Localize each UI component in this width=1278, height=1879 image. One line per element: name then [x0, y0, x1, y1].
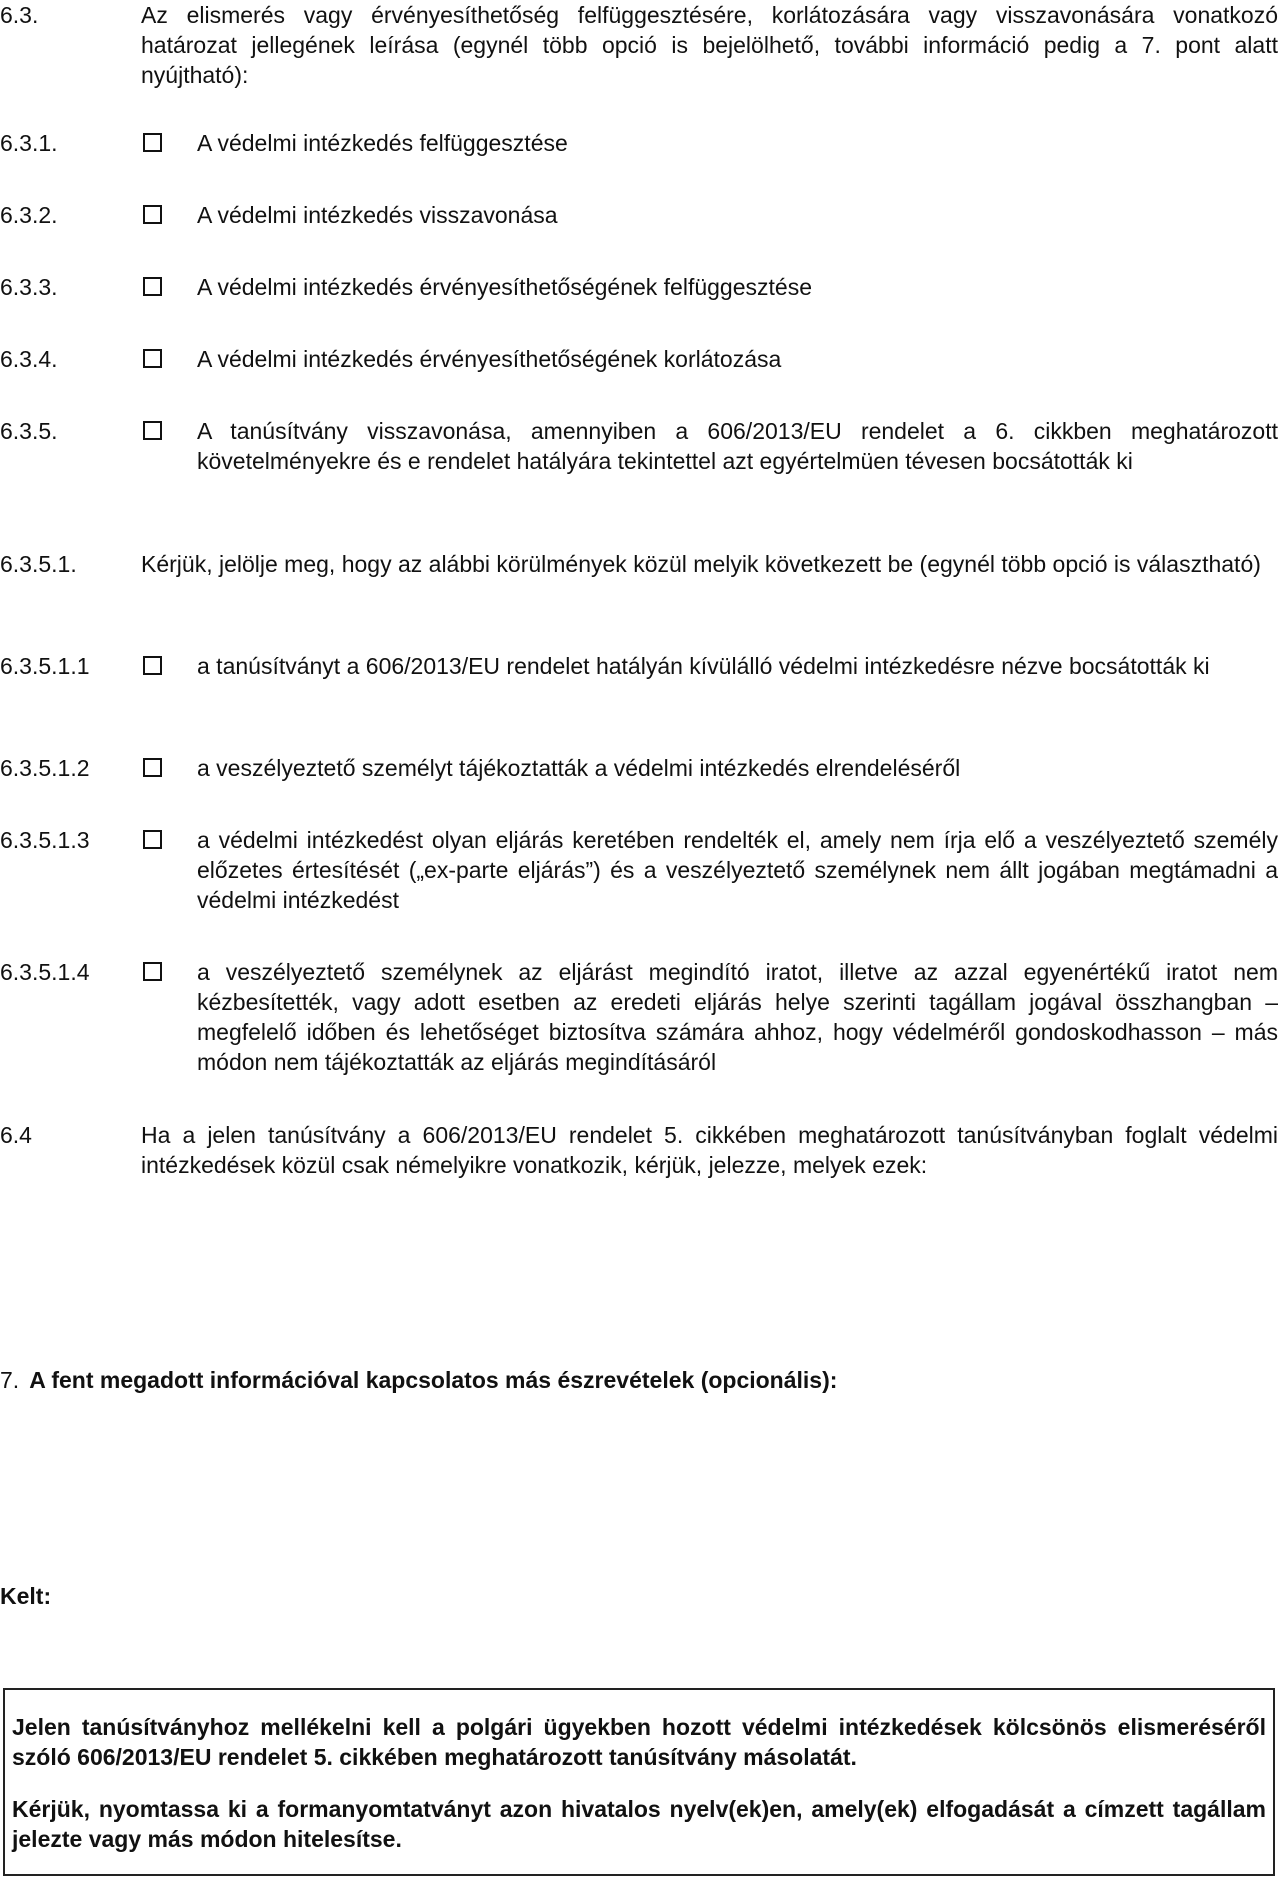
section-number: 7.	[0, 1367, 19, 1393]
option-number: 6.3.2.	[0, 200, 58, 230]
option-label: A védelmi intézkedés érvényesíthetőségén…	[197, 344, 1278, 374]
option-number: 6.3.3.	[0, 272, 58, 302]
kelt-label: Kelt:	[0, 1581, 51, 1611]
checkbox[interactable]	[143, 205, 162, 224]
checkbox[interactable]	[143, 758, 162, 777]
section-number: 6.4	[0, 1120, 32, 1150]
checkbox[interactable]	[143, 656, 162, 675]
section-title: A fent megadott információval kapcsolato…	[29, 1367, 837, 1393]
option-label: a veszélyeztető személynek az eljárást m…	[197, 957, 1278, 1077]
section-text: Az elismerés vagy érvényesíthetőség felf…	[141, 0, 1278, 90]
option-number: 6.3.1.	[0, 128, 58, 158]
option-label: a veszélyeztető személyt tájékoztatták a…	[197, 753, 1278, 783]
kelt-field[interactable]	[70, 1578, 670, 1612]
option-number: 6.3.4.	[0, 344, 58, 374]
option-number: 6.3.5.1.4	[0, 957, 90, 987]
section-7-answer-area[interactable]	[0, 1405, 1278, 1565]
option-label: a védelmi intézkedést olyan eljárás kere…	[197, 825, 1278, 915]
option-number: 6.3.5.	[0, 416, 58, 446]
option-label: A védelmi intézkedés felfüggesztése	[197, 128, 1278, 158]
checkbox[interactable]	[143, 421, 162, 440]
section-text: Kérjük, jelölje meg, hogy az alábbi körü…	[141, 549, 1278, 579]
option-label: A védelmi intézkedés érvényesíthetőségén…	[197, 272, 1278, 302]
notice-box: Jelen tanúsítványhoz mellékelni kell a p…	[3, 1688, 1275, 1876]
option-label: a tanúsítványt a 606/2013/EU rendelet ha…	[197, 651, 1278, 681]
notice-paragraph-1: Jelen tanúsítványhoz mellékelni kell a p…	[12, 1712, 1266, 1772]
section-number: 6.3.	[0, 0, 38, 30]
checkbox[interactable]	[143, 962, 162, 981]
option-label: A tanúsítvány visszavonása, amennyiben a…	[197, 416, 1278, 476]
section-text: Ha a jelen tanúsítvány a 606/2013/EU ren…	[141, 1120, 1278, 1180]
checkbox[interactable]	[143, 349, 162, 368]
notice-paragraph-2: Kérjük, nyomtassa ki a formanyomtatványt…	[12, 1794, 1266, 1854]
checkbox[interactable]	[143, 133, 162, 152]
option-label: A védelmi intézkedés visszavonása	[197, 200, 1278, 230]
option-number: 6.3.5.1.3	[0, 825, 90, 855]
section-6-4-answer-area[interactable]	[141, 1185, 1278, 1335]
section-number: 6.3.5.1.	[0, 549, 77, 579]
checkbox[interactable]	[143, 277, 162, 296]
option-number: 6.3.5.1.2	[0, 753, 90, 783]
option-number: 6.3.5.1.1	[0, 651, 90, 681]
checkbox[interactable]	[143, 830, 162, 849]
section-7-heading: 7.A fent megadott információval kapcsola…	[0, 1365, 837, 1395]
